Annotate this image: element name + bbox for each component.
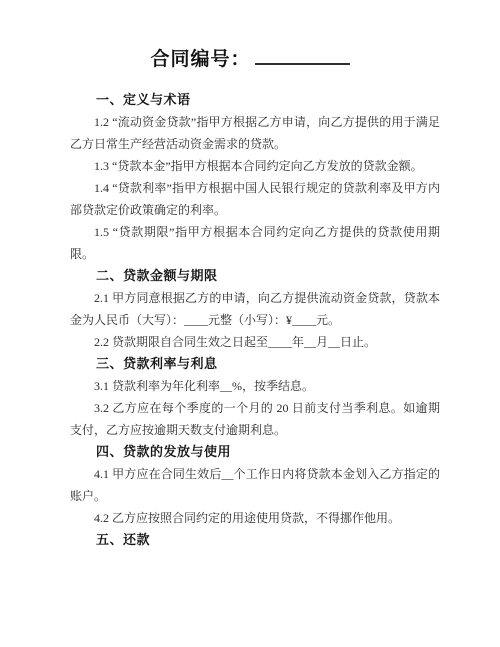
contract-title: 合同编号：	[0, 44, 500, 75]
contract-paragraph: 4.1 甲方应在合同生效后__个工作日内将贷款本金划入乙方指定的账户。	[70, 463, 440, 507]
contract-body: 一、定义与术语1.2 “流动资金贷款”指甲方根据乙方申请，向乙方提供的用于满足乙…	[0, 89, 500, 551]
contract-paragraph: 1.2 “流动资金贷款”指甲方根据乙方申请，向乙方提供的用于满足乙方日常生产经营…	[70, 111, 440, 155]
contract-paragraph: 3.2 乙方应在每个季度的一个月的 20 日前支付当季利息。如逾期支付，乙方应按…	[70, 397, 440, 441]
contract-paragraph: 1.3 “贷款本金”指甲方根据本合同约定向乙方发放的贷款金额。	[70, 155, 440, 177]
contract-paragraph: 1.5 “贷款期限”指甲方根据本合同约定向乙方提供的贷款使用期限。	[70, 221, 440, 265]
contract-paragraph: 1.4 “贷款利率”指甲方根据中国人民银行规定的贷款利率及甲方内部贷款定价政策确…	[70, 177, 440, 221]
contract-paragraph: 2.2 贷款期限自合同生效之日起至____年__月__日止。	[70, 331, 440, 353]
section-heading: 四、贷款的发放与使用	[70, 441, 440, 463]
section-heading: 三、贷款利率与利息	[70, 353, 440, 375]
contract-paragraph: 4.2 乙方应按照合同约定的用途使用贷款，不得挪作他用。	[70, 507, 440, 529]
section-heading: 五、还款	[70, 529, 440, 551]
contract-number-label: 合同编号：	[150, 49, 250, 70]
section-heading: 二、贷款金额与期限	[70, 265, 440, 287]
contract-page: 合同编号： 一、定义与术语1.2 “流动资金贷款”指甲方根据乙方申请，向乙方提供…	[0, 0, 500, 647]
contract-number-blank-line	[255, 44, 350, 65]
section-heading: 一、定义与术语	[70, 89, 440, 111]
contract-paragraph: 3.1 贷款利率为年化利率__%，按季结息。	[70, 375, 440, 397]
contract-paragraph: 2.1 甲方同意根据乙方的申请，向乙方提供流动资金贷款，贷款本金为人民币（大写）…	[70, 287, 440, 331]
